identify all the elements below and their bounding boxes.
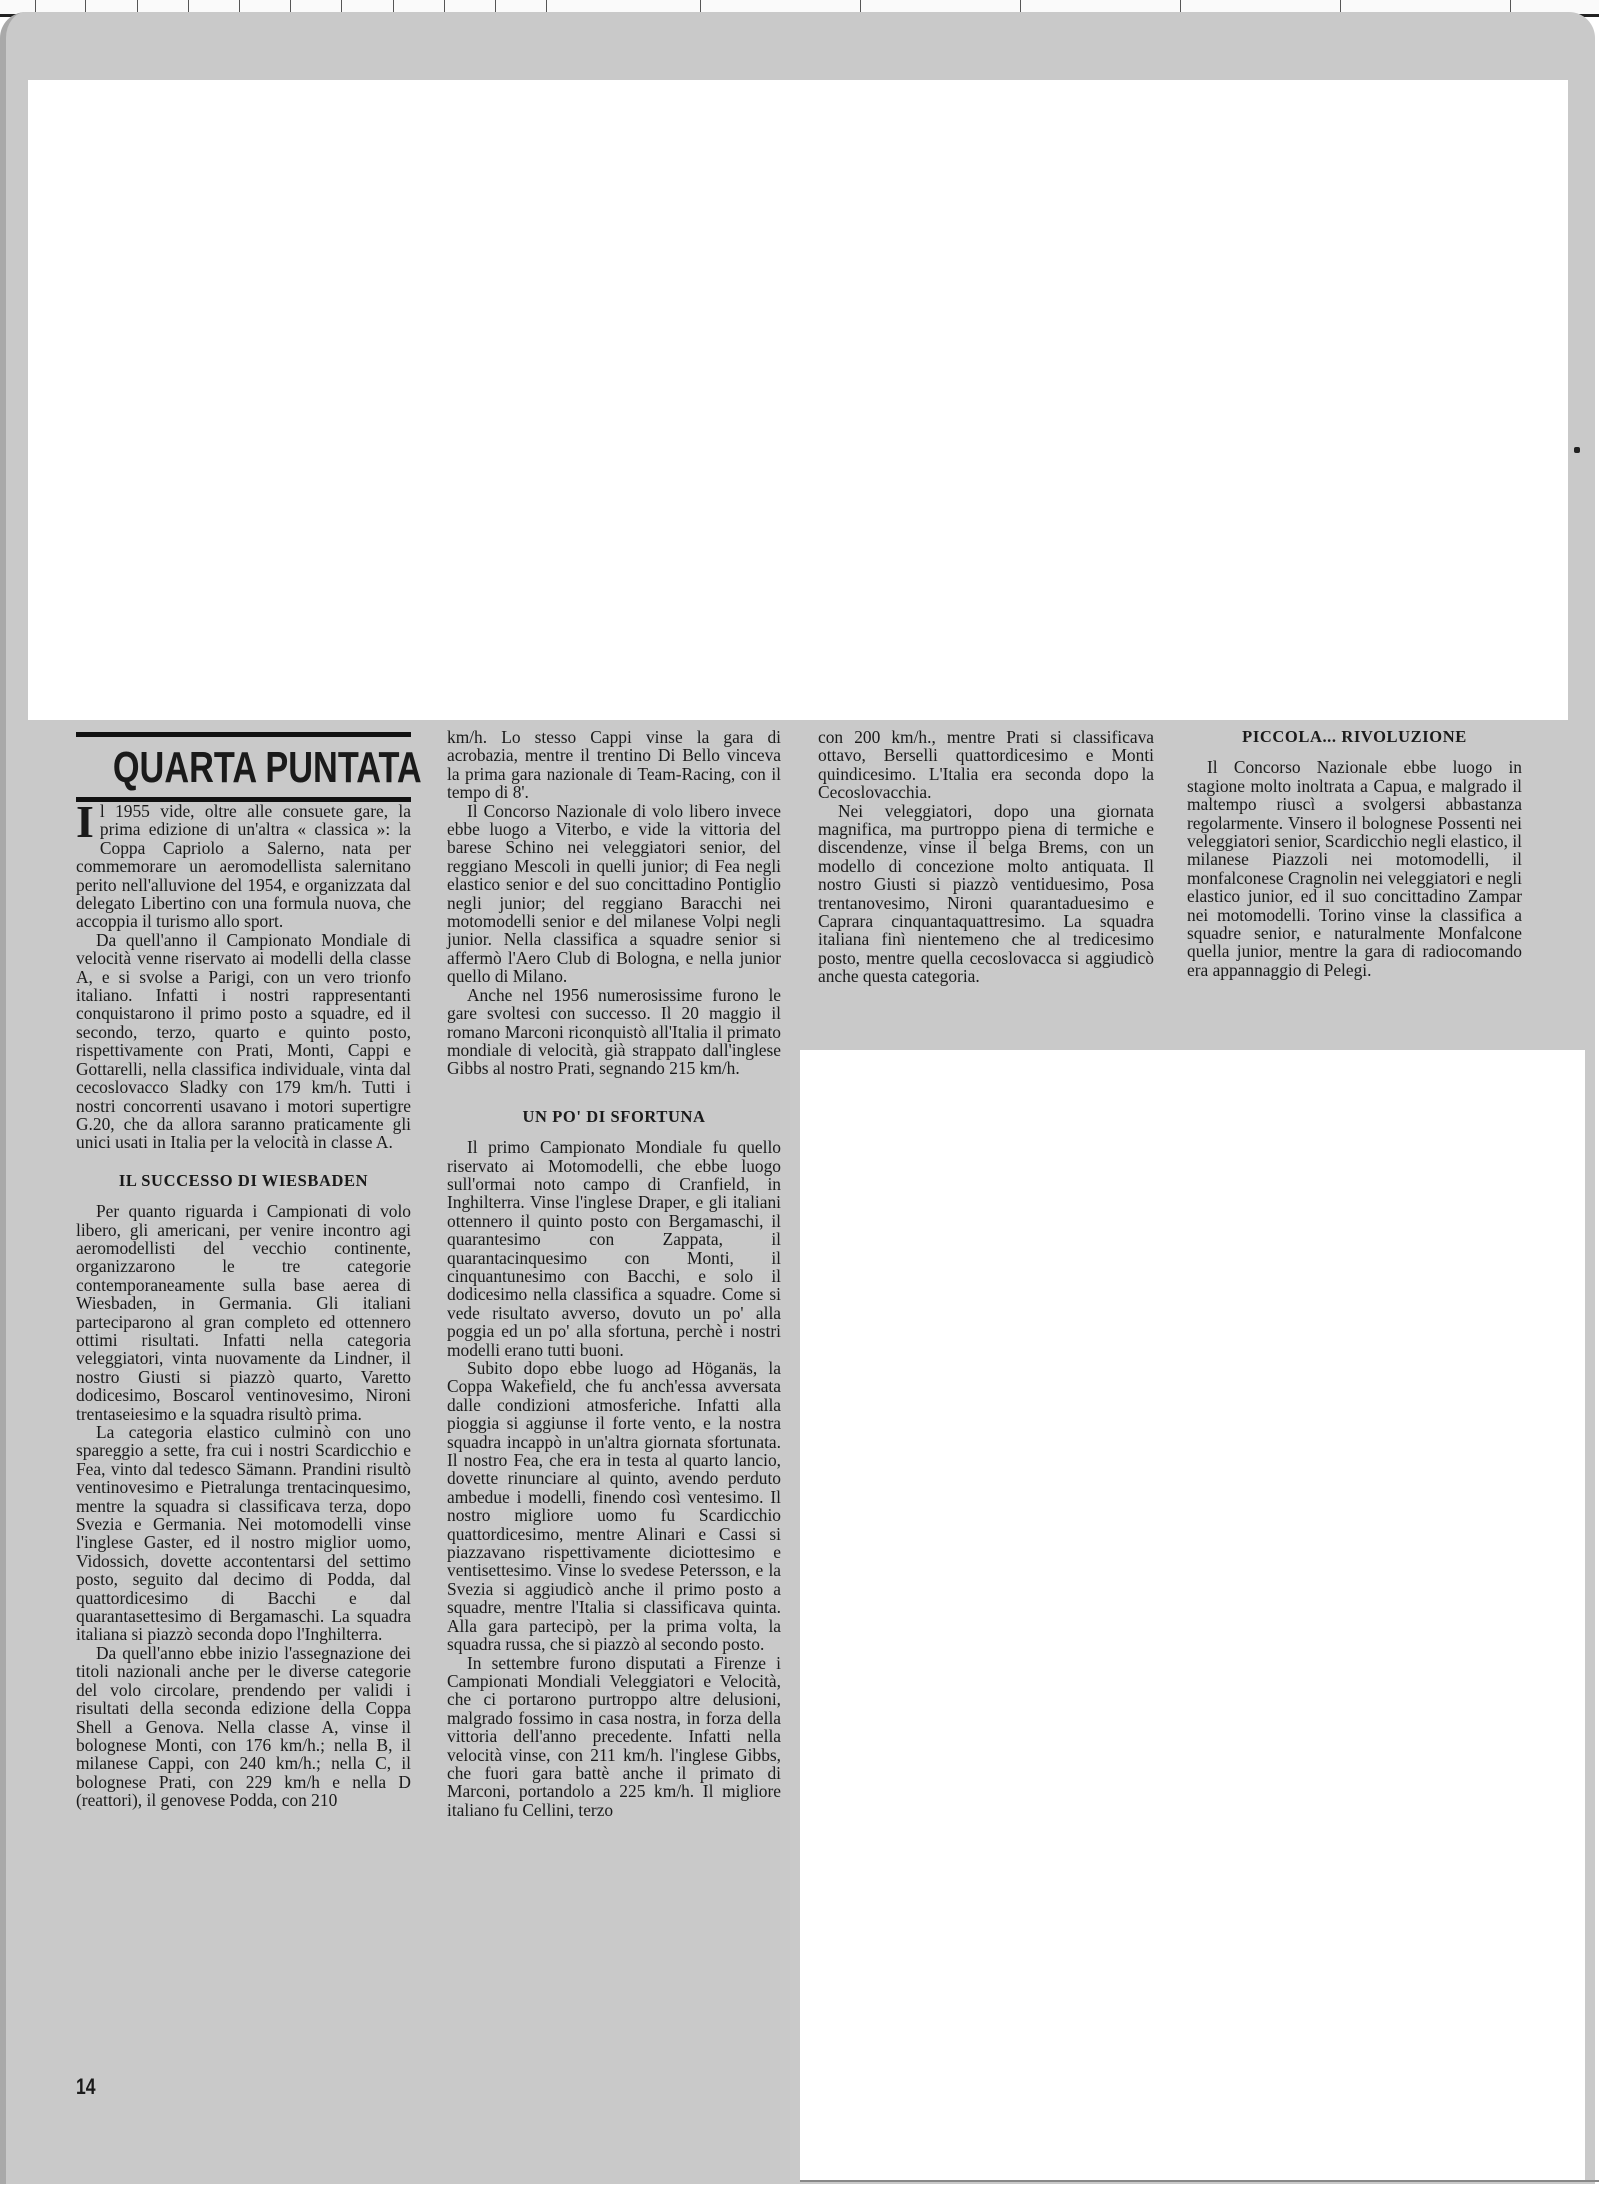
- paragraph: La categoria elastico culminò con uno sp…: [76, 1423, 411, 1644]
- paragraph: con 200 km/h., mentre Prati si classific…: [818, 728, 1154, 802]
- blank-image-area-top: [28, 80, 1568, 720]
- article-masthead: QUARTA PUNTATA: [76, 732, 411, 802]
- subheading-wiesbaden: IL SUCCESSO DI WIESBADEN: [76, 1172, 411, 1190]
- article-column-4: PICCOLA... RIVOLUZIONE Il Concorso Nazio…: [1187, 728, 1522, 979]
- paragraph: In settembre furono disputati a Firenze …: [447, 1654, 781, 1820]
- scan-edge-mark: [1574, 447, 1580, 453]
- article-column-2: km/h. Lo stesso Cappi vinse la gara di a…: [447, 728, 781, 1819]
- paragraph: km/h. Lo stesso Cappi vinse la gara di a…: [447, 728, 781, 802]
- page-number: 14: [76, 2074, 96, 2100]
- scan-bottom-edge: [800, 2180, 1599, 2182]
- subheading-sfortuna: UN PO' DI SFORTUNA: [447, 1108, 781, 1126]
- subheading-rivoluzione: PICCOLA... RIVOLUZIONE: [1187, 728, 1522, 746]
- masthead-rule-top: [76, 732, 411, 737]
- paragraph: Da quell'anno il Campionato Mondiale di …: [76, 931, 411, 1152]
- lead-paragraph: Il 1955 vide, oltre alle consuete gare, …: [76, 802, 411, 931]
- paragraph: Il primo Campionato Mondiale fu quello r…: [447, 1138, 781, 1359]
- article-column-3: con 200 km/h., mentre Prati si classific…: [818, 728, 1154, 986]
- paragraph: Nei veleggiatori, dopo una giornata magn…: [818, 802, 1154, 986]
- paragraph: Il Concorso Nazionale ebbe luogo in stag…: [1187, 758, 1522, 979]
- paragraph: Da quell'anno ebbe inizio l'assegnazione…: [76, 1644, 411, 1810]
- drop-cap: I: [76, 804, 94, 840]
- paragraph: Anche nel 1956 numerosissime furono le g…: [447, 986, 781, 1078]
- article-title: QUARTA PUNTATA: [113, 741, 374, 795]
- paragraph: Il Concorso Nazionale di volo libero inv…: [447, 802, 781, 986]
- paragraph: Subito dopo ebbe luogo ad Höganäs, la Co…: [447, 1359, 781, 1654]
- paragraph: Per quanto riguarda i Campionati di volo…: [76, 1202, 411, 1423]
- blank-image-area-bottom-right: [800, 1050, 1585, 2182]
- article-column-1: QUARTA PUNTATA Il 1955 vide, oltre alle …: [76, 728, 411, 1810]
